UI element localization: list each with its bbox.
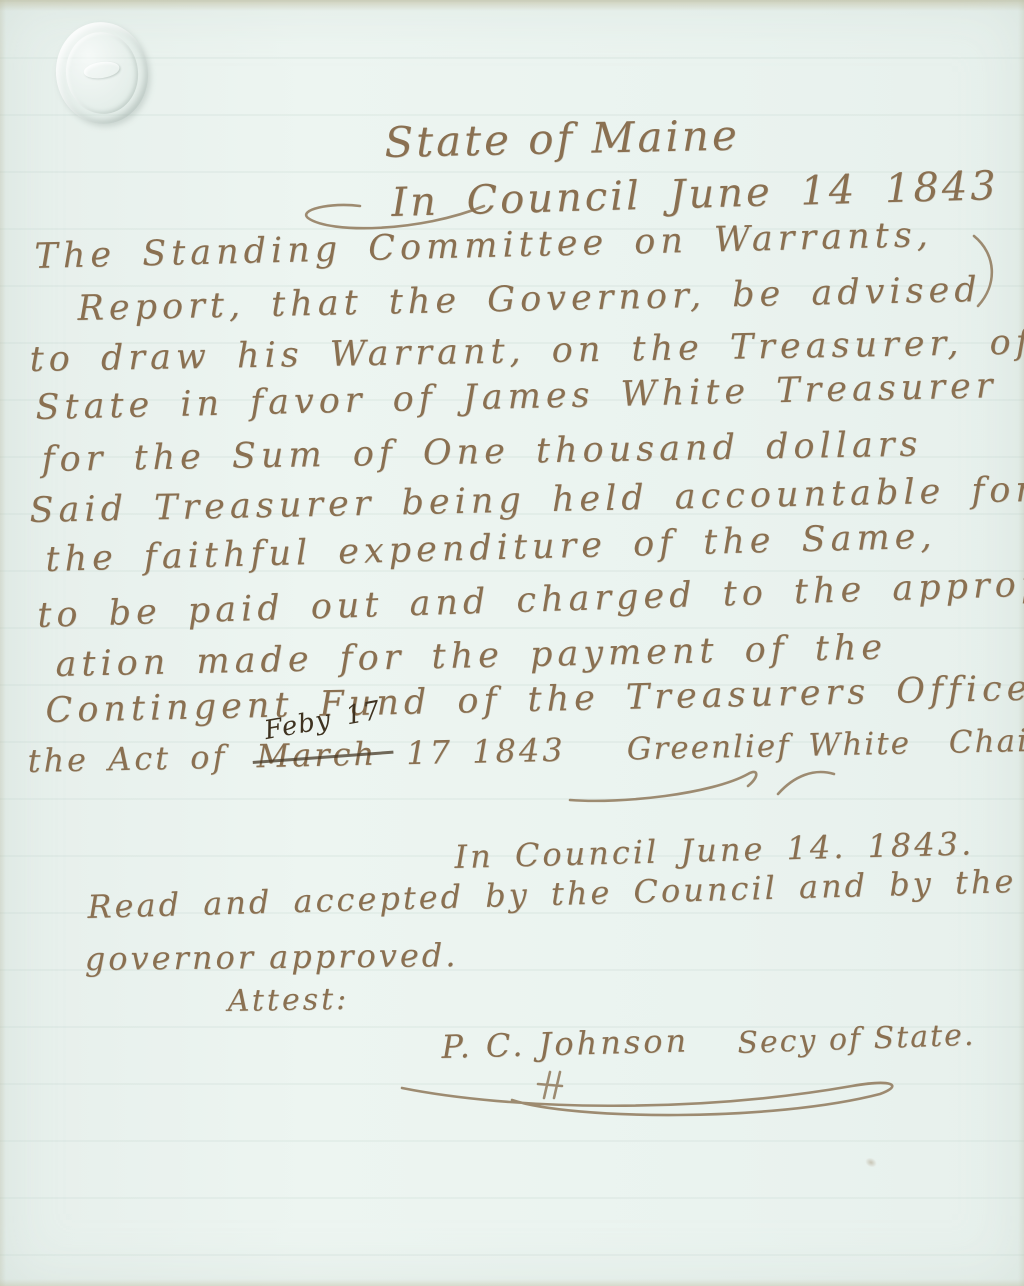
document-page: State of Maine In Council June 14 1843 T… [0, 0, 1024, 1286]
body-line: for the Sum of One thousand dollars [41, 425, 923, 480]
signature-flourish-icon [392, 1066, 952, 1118]
secretary-signature-name: P. C. Johnson [441, 1022, 690, 1066]
body-line: The Standing Committee on Warrants, [34, 215, 933, 277]
document-title: State of Maine [384, 111, 740, 167]
secretary-signature-title: Secy of State. [737, 1018, 976, 1061]
chairman-signature-title: Chairman [948, 721, 1024, 761]
embossed-seal-icon [49, 16, 154, 130]
amendment-suffix: 17 1843 [406, 731, 566, 772]
amendment-prefix: the Act of [27, 738, 228, 780]
attest-label: Attest: [227, 982, 349, 1019]
chairman-signature-name: Greenlief White [626, 726, 911, 768]
amendment-correction: March Feby 17 [256, 735, 377, 776]
council-action-line: governor approved. [85, 936, 459, 978]
paper-smudge [864, 1156, 879, 1169]
body-line: Report, that the Governor, be advised [77, 270, 982, 329]
body-line-amendment: the Act of March Feby 17 17 1843 Greenli… [27, 719, 1024, 780]
chairman-signature: Greenlief White Chairman [626, 721, 1024, 767]
